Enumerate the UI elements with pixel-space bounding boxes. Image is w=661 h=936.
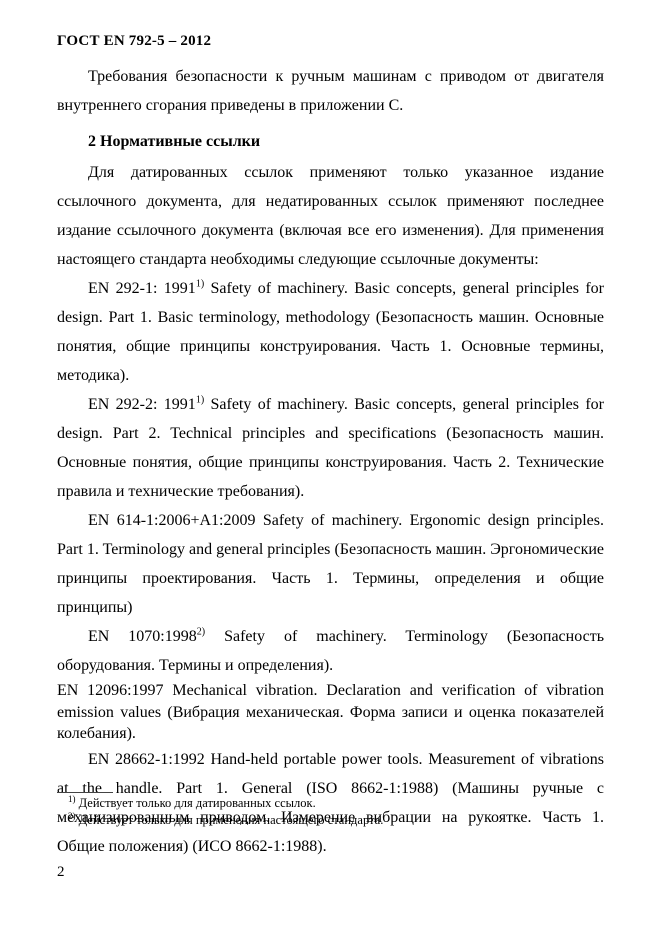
reference-code: EN 12096:1997 bbox=[57, 682, 164, 699]
footnotes-block: 1) Действует только для датированных ссы… bbox=[57, 792, 604, 828]
footnote-item: 2) Действует только для применения насто… bbox=[57, 812, 604, 829]
footnote-separator-rule bbox=[57, 792, 113, 793]
footnote-mark: 1) bbox=[196, 395, 204, 406]
reference-paragraph: EN 292-1: 19911) Safety of machinery. Ba… bbox=[57, 274, 604, 390]
footnote-mark: 1) bbox=[196, 279, 204, 290]
document-header: ГОСТ EN 792-5 – 2012 bbox=[57, 33, 604, 50]
page-number: 2 bbox=[57, 864, 65, 881]
footnote-text: Действует только для применения настояще… bbox=[79, 813, 384, 827]
footnote-text: Действует только для датированных ссылок… bbox=[79, 796, 316, 810]
footnote-item: 1) Действует только для датированных ссы… bbox=[57, 795, 604, 812]
reference-code: EN 292-1: 1991 bbox=[88, 280, 196, 297]
document-content: ГОСТ EN 792-5 – 2012 Требования безопасн… bbox=[57, 33, 604, 861]
footnote-mark: 1) bbox=[68, 794, 76, 804]
section-heading: 2 Нормативные ссылки bbox=[57, 133, 604, 151]
reference-paragraph: EN 292-2: 19911) Safety of machinery. Ba… bbox=[57, 390, 604, 506]
reference-code: EN 614-1:2006+A1:2009 bbox=[88, 512, 255, 529]
reference-code: EN 1070:1998 bbox=[88, 628, 197, 645]
section-lead-paragraph: Для датированных ссылок применяют только… bbox=[57, 158, 604, 274]
footnote-mark: 2) bbox=[197, 627, 205, 638]
reference-code: EN 28662-1:1992 bbox=[88, 751, 205, 768]
footnote-mark: 2) bbox=[68, 810, 76, 820]
reference-paragraph: EN 614-1:2006+A1:2009 Safety of machiner… bbox=[57, 506, 604, 622]
reference-paragraph: EN 12096:1997 Mechanical vibration. Decl… bbox=[57, 680, 604, 745]
document-page: ГОСТ EN 792-5 – 2012 Требования безопасн… bbox=[0, 0, 661, 936]
reference-code: EN 292-2: 1991 bbox=[88, 396, 196, 413]
intro-paragraph: Требования безопасности к ручным машинам… bbox=[57, 62, 604, 120]
reference-paragraph: EN 1070:19982) Safety of machinery. Term… bbox=[57, 622, 604, 680]
